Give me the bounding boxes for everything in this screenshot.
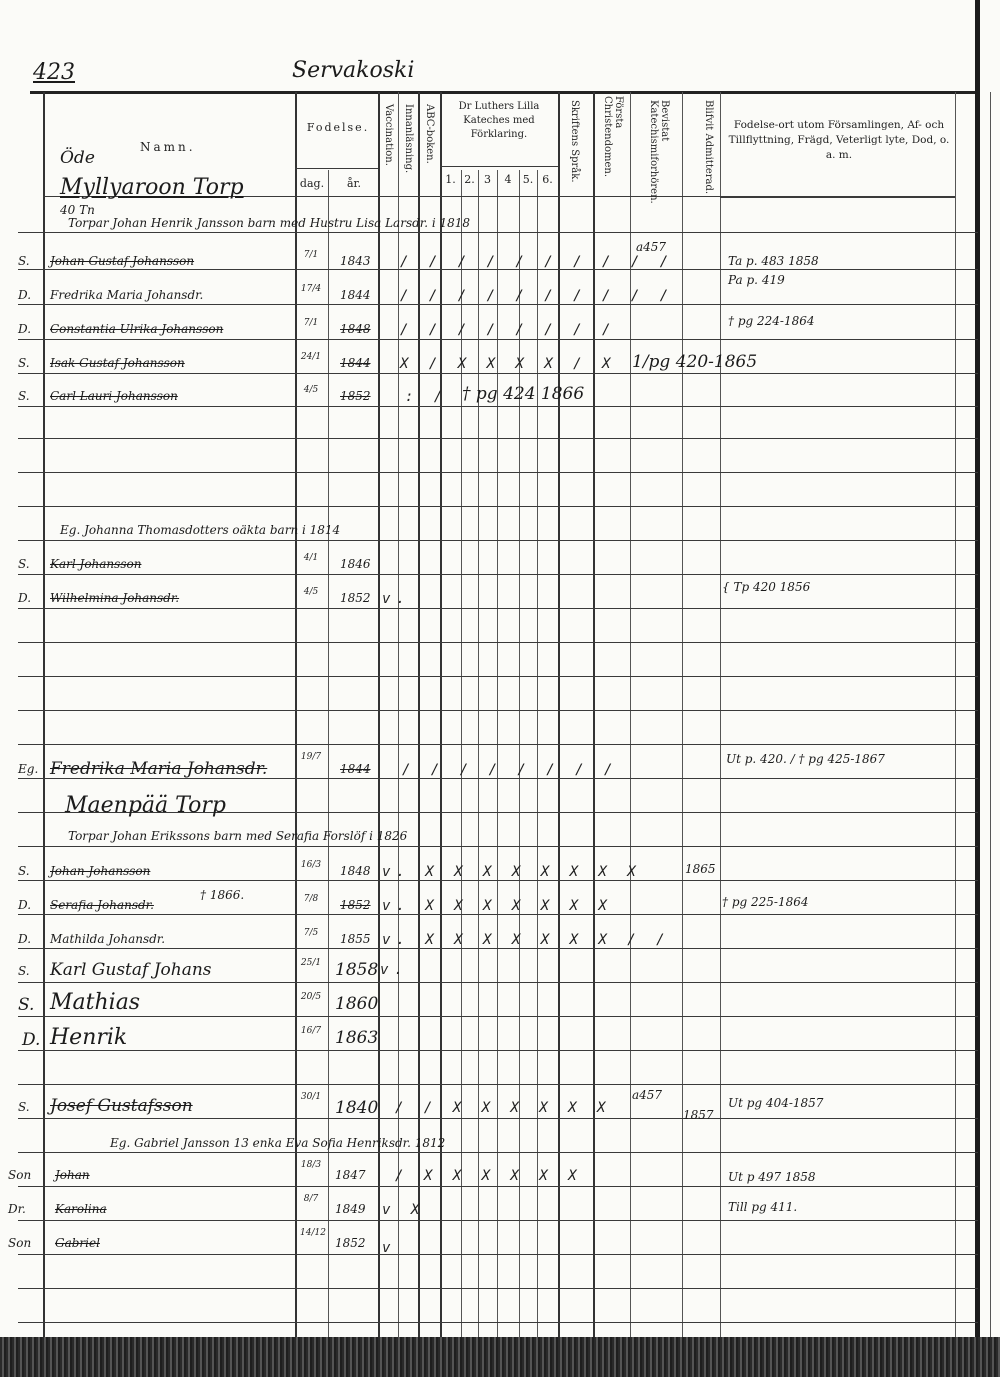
progress-marks: / / / / / / / /	[400, 322, 616, 338]
header-skriftens-sprak: Skriftens Språk.	[569, 100, 580, 195]
row-rule	[18, 1016, 978, 1017]
relation-prefix: D.	[18, 932, 31, 946]
row-rule	[18, 574, 978, 575]
section-heading: Myllyaroon Torp	[60, 175, 244, 200]
birth-year: 1844	[340, 288, 371, 302]
row-rule	[18, 676, 978, 677]
progress-marks: / / / / / / / / / /	[400, 254, 674, 270]
progress-marks: : /	[405, 389, 448, 405]
column-rule	[497, 170, 498, 1337]
header-rule	[440, 166, 558, 167]
birth-day: 20/5	[300, 992, 322, 1002]
row-rule	[18, 914, 978, 915]
birth-day: 25/1	[300, 958, 322, 968]
relation-prefix: D.	[18, 322, 31, 336]
row-rule	[18, 1118, 978, 1119]
relation-prefix: S.	[18, 254, 30, 268]
row-rule	[18, 948, 978, 949]
column-rule	[682, 92, 683, 1337]
remark: Ut p 497 1858	[728, 1170, 816, 1184]
birth-day: 19/7	[300, 752, 322, 762]
birth-day: 18/3	[300, 1160, 322, 1170]
birth-year: 1844	[340, 356, 371, 370]
column-rule	[461, 170, 462, 1337]
row-rule	[18, 472, 978, 473]
birth-day: 16/7	[300, 1026, 322, 1036]
remark: † pg 224-1864	[728, 314, 815, 328]
person-name: Johan Gustaf Johansson	[50, 254, 194, 268]
person-name: Johan	[55, 1168, 90, 1182]
place-title: Servakoski	[292, 58, 414, 83]
row-rule	[18, 642, 978, 643]
progress-marks: v. X X X X X X X	[382, 898, 613, 914]
relation-prefix: S.	[18, 964, 30, 978]
relation-prefix: S.	[18, 1100, 30, 1114]
binding-spine	[975, 0, 980, 1377]
person-name: Johan Johansson	[50, 864, 150, 878]
katekes-col-3: 3	[478, 172, 497, 187]
row-rule	[18, 304, 978, 305]
person-name: Karl Johansson	[50, 557, 141, 571]
column-rule	[328, 170, 329, 1337]
scan-edge	[0, 1337, 1000, 1377]
birth-year: 1852	[340, 898, 371, 912]
column-rule	[295, 92, 297, 1337]
row-rule	[18, 1084, 978, 1085]
progress-marks: / / X X X X X X	[395, 1100, 611, 1116]
row-rule	[18, 1186, 978, 1187]
column-rule	[955, 92, 956, 1337]
couple-line: Eg. Johanna Thomasdotters oäkta barn i 1…	[60, 523, 340, 537]
birth-day: 30/1	[300, 1092, 322, 1102]
birth-year: 1852	[340, 591, 371, 605]
person-name: Karolina	[55, 1202, 107, 1216]
birth-day: 16/3	[300, 860, 322, 870]
column-rule	[398, 92, 399, 1337]
header-bevistat: Bevistat Katechismiforhören.	[640, 100, 670, 195]
birth-year: 1849	[335, 1202, 366, 1216]
row-rule	[18, 846, 978, 847]
remark: Pa p. 419	[728, 273, 785, 287]
katekes-col-5: 5.	[519, 172, 537, 187]
progress-marks: v.	[380, 962, 409, 978]
katekes-col-1: 1.	[440, 172, 461, 187]
birth-year: 1863	[335, 1028, 378, 1048]
header-fodelse: Fodelse.	[300, 120, 376, 135]
progress-marks: X / X X X X / X	[400, 356, 616, 372]
row-rule	[18, 744, 978, 745]
birth-day: 4/1	[300, 553, 322, 563]
person-name: Gabriel	[55, 1236, 100, 1250]
birth-day: 17/4	[300, 284, 322, 294]
relation-prefix: S.	[18, 356, 30, 370]
row-rule	[18, 1254, 978, 1255]
progress-marks: / X X X X X X	[395, 1168, 583, 1184]
section-note: 40 Tn	[60, 203, 95, 217]
header-blifvit-admitterad: Blifvit Admitterad.	[690, 100, 714, 195]
header-abc-boken: ABC-boken.	[424, 104, 435, 194]
birth-day: 7/1	[300, 250, 322, 260]
relation-prefix: S.	[18, 389, 30, 403]
header-rule	[295, 168, 378, 169]
birth-year: 1852	[335, 1236, 366, 1250]
row-rule	[18, 982, 978, 983]
birth-day: 4/5	[300, 587, 322, 597]
birth-year: 1843	[340, 254, 371, 268]
progress-marks: v.	[382, 591, 411, 607]
relation-prefix: S.	[18, 864, 30, 878]
person-name: Josef Gustafsson	[50, 1096, 193, 1116]
birth-year: 1855	[340, 932, 371, 946]
progress-marks: v X	[382, 1202, 425, 1218]
birth-day: 7/1	[300, 318, 322, 328]
person-name: Serafia Johansdr.	[50, 898, 154, 912]
birth-day: 7/5	[300, 928, 322, 938]
column-rule	[478, 170, 479, 1337]
header-rule	[720, 197, 955, 198]
person-name: Carl Lauri Johansson	[50, 389, 178, 403]
row-rule	[18, 232, 978, 233]
relation-prefix: Dr.	[8, 1202, 26, 1216]
remark: † pg 225-1864	[722, 895, 809, 909]
header-anmarkningar: Fodelse-ort utom Församlingen, Af- och T…	[728, 118, 950, 163]
person-name: Fredrika Maria Johansdr.	[50, 288, 203, 302]
progress-marks: v. X X X X X X X X	[382, 864, 642, 880]
register-page: 423 Servakoski Namn. Öde Fodelse. dag. å…	[0, 0, 1000, 1377]
person-name: Mathias	[50, 990, 140, 1015]
progress-marks: v	[382, 1240, 396, 1256]
column-rule	[418, 92, 420, 1337]
admitted-year: 1865	[685, 862, 716, 876]
progress-marks: / / / / / / / /	[402, 762, 618, 778]
column-rule	[593, 92, 595, 1337]
relation-prefix: D.	[22, 1030, 40, 1050]
farm-label: Öde	[60, 148, 95, 168]
row-rule	[18, 1220, 978, 1221]
birth-day: 8/7	[300, 1194, 322, 1204]
row-rule	[18, 540, 978, 541]
birth-day: 7/8	[300, 894, 322, 904]
remark: Ut pg 404-1857	[728, 1096, 823, 1110]
column-rule	[630, 92, 631, 1337]
relation-prefix: Son	[8, 1236, 31, 1250]
row-rule	[18, 1152, 978, 1153]
person-name: Karl Gustaf Johans	[50, 960, 212, 980]
birth-year: 1848	[340, 322, 371, 336]
birth-year: 1848	[340, 864, 371, 878]
birth-day: 4/5	[300, 385, 322, 395]
relation-prefix: Son	[8, 1168, 31, 1182]
header-ar: år.	[332, 176, 376, 191]
column-rule	[43, 92, 45, 1337]
row-rule	[18, 1288, 978, 1289]
header-dag: dag.	[298, 176, 326, 191]
row-rule	[18, 506, 978, 507]
person-name: Henrik	[50, 1025, 127, 1050]
birth-year: 1858	[335, 960, 378, 980]
column-rule	[558, 92, 560, 1337]
header-top-rule	[30, 91, 978, 94]
birth-year: 1847	[335, 1168, 366, 1182]
row-rule	[18, 880, 978, 881]
column-rule	[990, 92, 991, 1337]
birth-year: 1846	[340, 557, 371, 571]
progress-marks: v. X X X X X X X / /	[382, 932, 671, 948]
column-rule	[378, 92, 380, 1337]
person-name: Constantia Ulrika Johansson	[50, 322, 223, 336]
person-name: Isak Gustaf Johansson	[50, 356, 185, 370]
row-rule	[18, 710, 978, 711]
relation-prefix: S.	[18, 557, 30, 571]
progress-marks: / / / / / / / / / /	[400, 288, 674, 304]
birth-year: 1860	[335, 994, 378, 1014]
relation-prefix: S.	[18, 995, 34, 1015]
header-forsta-christendomen: Första Christendomen.	[600, 96, 624, 196]
katekes-col-6: 6.	[537, 172, 558, 187]
row-rule	[18, 1050, 978, 1051]
birth-year: 1852	[340, 389, 371, 403]
column-rule	[720, 92, 721, 1337]
person-name: Wilhelmina Johansdr.	[50, 591, 179, 605]
birth-day: 14/12	[300, 1228, 322, 1238]
header-namn: Namn.	[140, 140, 196, 155]
remark: Ta p. 483 1858	[728, 254, 819, 268]
relation-prefix: D.	[18, 591, 31, 605]
row-rule	[18, 608, 978, 609]
row-rule	[18, 406, 978, 407]
birth-year: 1844	[340, 762, 371, 776]
remark: 1/pg 420-1865	[632, 352, 757, 372]
katekes-col-2: 2.	[461, 172, 478, 187]
katekes-subcols: 1. 2. 3 4 5. 6.	[440, 172, 558, 187]
header-innanlasning: Innanläsning.	[403, 104, 414, 194]
header-vaccination: Vaccination.	[383, 104, 394, 194]
relation-prefix: D.	[18, 898, 31, 912]
column-rule	[440, 92, 442, 1337]
couple-line: Torpar Johan Henrik Jansson barn med Hus…	[68, 216, 470, 230]
column-rule	[519, 170, 520, 1337]
person-name: Fredrika Maria Johansdr.	[50, 759, 267, 779]
relation-prefix: D.	[18, 288, 31, 302]
row-rule	[18, 373, 978, 374]
birth-year: 1840	[335, 1098, 378, 1118]
page-number: 423	[33, 60, 75, 85]
birth-day: 24/1	[300, 352, 322, 362]
register-ref: a457	[636, 240, 666, 254]
katekes-col-4: 4	[497, 172, 519, 187]
remark: Ut p. 420. / † pg 425-1867	[726, 752, 885, 766]
column-rule	[537, 170, 538, 1337]
register-ref: a457	[632, 1088, 662, 1102]
couple-line: Eg. Gabriel Jansson 13 enka Eva Sofia He…	[110, 1136, 445, 1150]
row-rule	[18, 339, 978, 340]
death-note: † 1866.	[200, 888, 244, 902]
row-rule	[18, 438, 978, 439]
row-rule	[18, 1322, 978, 1323]
remark: { Tp 420 1856	[722, 580, 810, 594]
remark: Till pg 411.	[728, 1200, 797, 1214]
admitted-year: 1857	[683, 1108, 714, 1122]
header-katekes: Dr Luthers Lilla Kateches med Förklaring…	[443, 100, 555, 142]
person-name: Mathilda Johansdr.	[50, 932, 165, 946]
couple-line: Torpar Johan Erikssons barn med Serafia …	[68, 829, 407, 843]
section-heading: Maenpää Torp	[65, 793, 226, 818]
remark: † pg 424 1866	[462, 384, 584, 404]
relation-prefix: Eg.	[18, 762, 38, 776]
